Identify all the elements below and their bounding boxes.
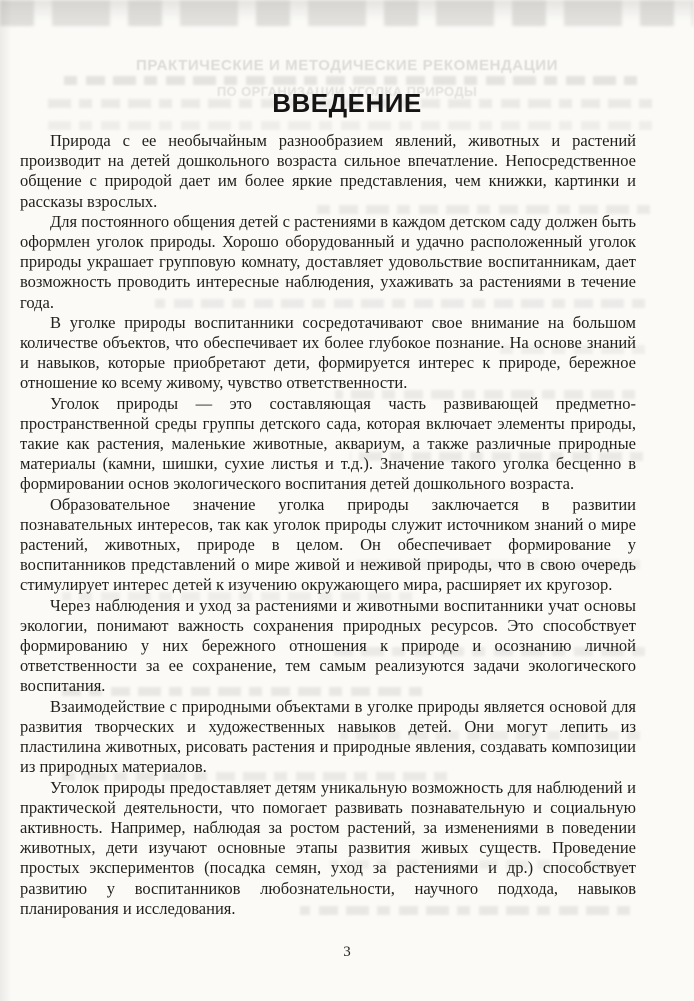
bleed-through-artifact (44, 121, 652, 130)
bleed-through-artifact (62, 76, 637, 85)
paragraph: Уголок природы предоставляет детям уника… (20, 778, 636, 919)
paragraph: Для постоянного общения детей с растения… (20, 212, 636, 313)
paragraph: В уголке природы воспитанники сосредотач… (20, 313, 636, 394)
scanned-book-page: ПРАКТИЧЕСКИЕ И МЕТОДИЧЕСКИЕ РЕКОМЕНДАЦИИ… (0, 0, 694, 1001)
introduction-text: Природа с ее необычайным разнообразием я… (20, 131, 636, 919)
page-title: ВВЕДЕНИЕ (0, 88, 694, 119)
page-gutter-shadow (0, 0, 12, 1001)
paragraph: Образовательное значение уголка природы … (20, 495, 636, 596)
paragraph: Природа с ее необычайным разнообразием я… (20, 131, 636, 212)
paragraph: Уголок природы — это составляющая часть … (20, 394, 636, 495)
scan-edge-artifact (0, 0, 694, 26)
paragraph: Через наблюдения и уход за растениями и … (20, 596, 636, 697)
page-number: 3 (0, 944, 694, 961)
paragraph: Взаимодействие с природными объектами в … (20, 697, 636, 778)
bleed-through-heading: ПРАКТИЧЕСКИЕ И МЕТОДИЧЕСКИЕ РЕКОМЕНДАЦИИ (0, 57, 694, 74)
